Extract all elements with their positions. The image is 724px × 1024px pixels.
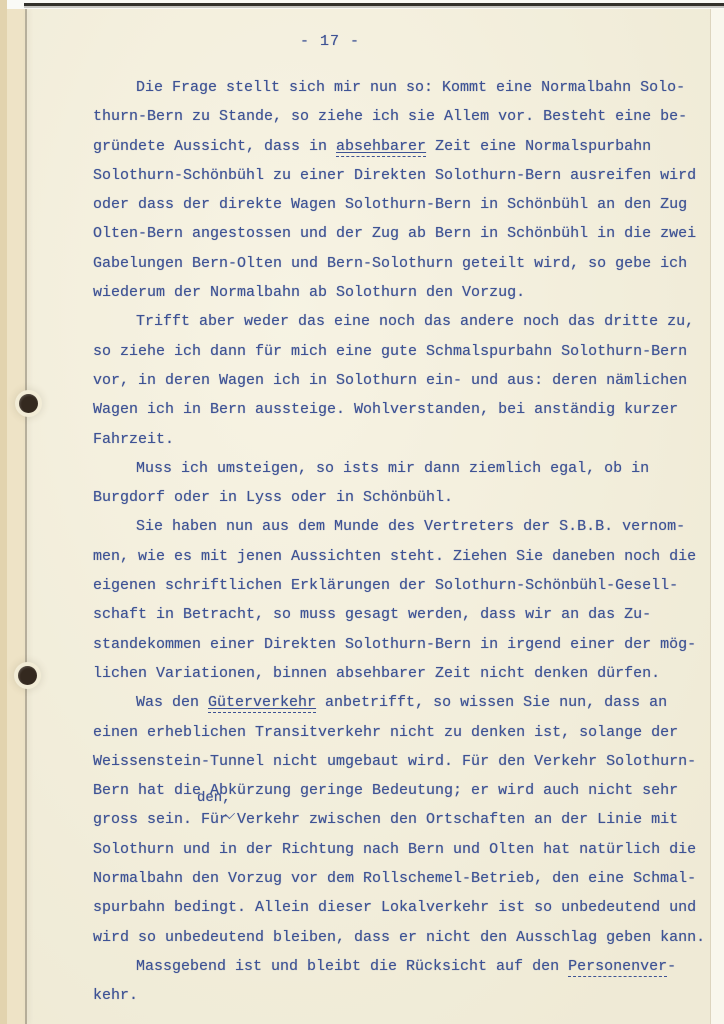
text-line: kehr. [93,981,715,1010]
text-segment: wird so unbedeutend bleiben, dass er nic… [93,929,705,946]
document-lines: Die Frage stellt sich mir nun so: Kommt … [93,73,715,1011]
text-segment: Trifft aber weder das eine noch das ande… [136,313,694,330]
text-line: Muss ich umsteigen, so ists mir dann zie… [93,454,715,483]
text-segment: Normalbahn den Vorzug vor dem Rollscheme… [93,870,696,887]
interlinear-insertion: den, [197,791,231,805]
text-segment: kehr. [93,987,138,1004]
text-segment: Burgdorf oder in Lyss oder in Schönbühl. [93,489,453,506]
text-segment: anbetrifft, so wissen Sie nun, dass an [316,694,667,711]
text-segment: lichen Variationen, binnen absehbarer Ze… [93,665,660,682]
underlined-word: absehbarer [336,138,426,157]
text-line: Olten-Bern angestossen und der Zug ab Be… [93,219,715,248]
text-segment: Wagen ich in Bern aussteige. Wohlverstan… [93,401,678,418]
text-line: Was den Güterverkehr anbetrifft, so wiss… [93,688,715,717]
text-line: Normalbahn den Vorzug vor dem Rollscheme… [93,864,715,893]
text-line: Weissenstein-Tunnel nicht umgebaut wird.… [93,747,715,776]
document-page: - 17 - Die Frage stellt sich mir nun so:… [0,9,724,1024]
text-segment: Fahrzeit. [93,431,174,448]
text-segment: einen erheblichen Transitverkehr nicht z… [93,724,678,741]
text-line: Sie haben nun aus dem Munde des Vertrete… [93,512,715,541]
punch-hole-top [19,394,38,413]
text-segment: eigenen schriftlichen Erklärungen der So… [93,577,678,594]
text-segment: so ziehe ich dann für mich eine gute Sch… [93,343,687,360]
text-line: wiederum der Normalbahn ab Solothurn den… [93,278,715,307]
text-line: Gabelungen Bern-Olten und Bern-Solothurn… [93,249,715,278]
text-line: Massgebend ist und bleibt die Rücksicht … [93,952,715,981]
text-segment: Die Frage stellt sich mir nun so: Kommt … [136,79,685,96]
text-line: spurbahn bedingt. Allein dieser Lokalver… [93,893,715,922]
underlined-word: Güterverkehr [208,694,316,713]
text-line: Solothurn und in der Richtung nach Bern … [93,835,715,864]
text-line: oder dass der direkte Wagen Solothurn-Be… [93,190,715,219]
underlined-word: Personenver [568,958,667,977]
text-segment: vor, in deren Wagen ich in Solothurn ein… [93,372,687,389]
text-segment: gründete Aussicht, dass in [93,138,336,155]
text-segment: Solothurn und in der Richtung nach Bern … [93,841,696,858]
text-line: Wagen ich in Bern aussteige. Wohlverstan… [93,395,715,424]
text-line: lichen Variationen, binnen absehbarer Ze… [93,659,715,688]
text-segment: standekommen einer Direkten Solothurn-Be… [93,636,696,653]
text-line: einen erheblichen Transitverkehr nicht z… [93,718,715,747]
text-line: schaft in Betracht, so muss gesagt werde… [93,600,715,629]
text-line: men, wie es mit jenen Aussichten steht. … [93,542,715,571]
text-segment: thurn-Bern zu Stande, so ziehe ich sie A… [93,108,687,125]
text-line: wird so unbedeutend bleiben, dass er nic… [93,923,715,952]
text-line: Burgdorf oder in Lyss oder in Schönbühl. [93,483,715,512]
text-segment: Was den [136,694,208,711]
text-line: Bern hat die Abkürzung geringe Bedeutung… [93,776,715,805]
text-segment: Olten-Bern angestossen und der Zug ab Be… [93,225,696,242]
text-segment: men, wie es mit jenen Aussichten steht. … [93,548,696,565]
text-segment: Zeit eine Normalspurbahn [426,138,651,155]
text-line: Die Frage stellt sich mir nun so: Kommt … [93,73,715,102]
text-segment: spurbahn bedingt. Allein dieser Lokalver… [93,899,696,916]
text-line: Fahrzeit. [93,425,715,454]
text-line: thurn-Bern zu Stande, so ziehe ich sie A… [93,102,715,131]
text-segment: Solothurn-Schönbühl zu einer Direkten So… [93,167,696,184]
text-segment: Bern hat die Abkürzung geringe Bedeutung… [93,782,678,799]
text-segment: - [667,958,676,975]
text-line: Trifft aber weder das eine noch das ande… [93,307,715,336]
underlying-page-edge-outer [0,0,7,1024]
text-segment: oder dass der direkte Wagen Solothurn-Be… [93,196,687,213]
text-line: eigenen schriftlichen Erklärungen der So… [93,571,715,600]
underlying-page-edge-inner [7,9,25,1024]
text-segment: Massgebend ist und bleibt die Rücksicht … [136,958,568,975]
page-edge-shadow-line [25,9,27,1024]
page-number: - 17 - [300,33,360,50]
text-segment: Gabelungen Bern-Olten und Bern-Solothurn… [93,255,687,272]
text-segment: schaft in Betracht, so muss gesagt werde… [93,606,651,623]
text-line: standekommen einer Direkten Solothurn-Be… [93,630,715,659]
text-line: Solothurn-Schönbühl zu einer Direkten So… [93,161,715,190]
text-line: vor, in deren Wagen ich in Solothurn ein… [93,366,715,395]
text-line: gross sein. Für Verkehr zwischen den Ort… [93,805,715,834]
text-line: so ziehe ich dann für mich eine gute Sch… [93,337,715,366]
text-line: gründete Aussicht, dass in absehbarer Ze… [93,132,715,161]
text-segment: Sie haben nun aus dem Munde des Vertrete… [136,518,685,535]
text-segment: Weissenstein-Tunnel nicht umgebaut wird.… [93,753,696,770]
scan-edge-line [24,3,724,6]
punch-hole-bottom [18,666,37,685]
text-segment: Muss ich umsteigen, so ists mir dann zie… [136,460,649,477]
text-segment: wiederum der Normalbahn ab Solothurn den… [93,284,525,301]
page-right-edge [710,9,724,1024]
text-segment: gross sein. Für Verkehr zwischen den Ort… [93,811,678,828]
